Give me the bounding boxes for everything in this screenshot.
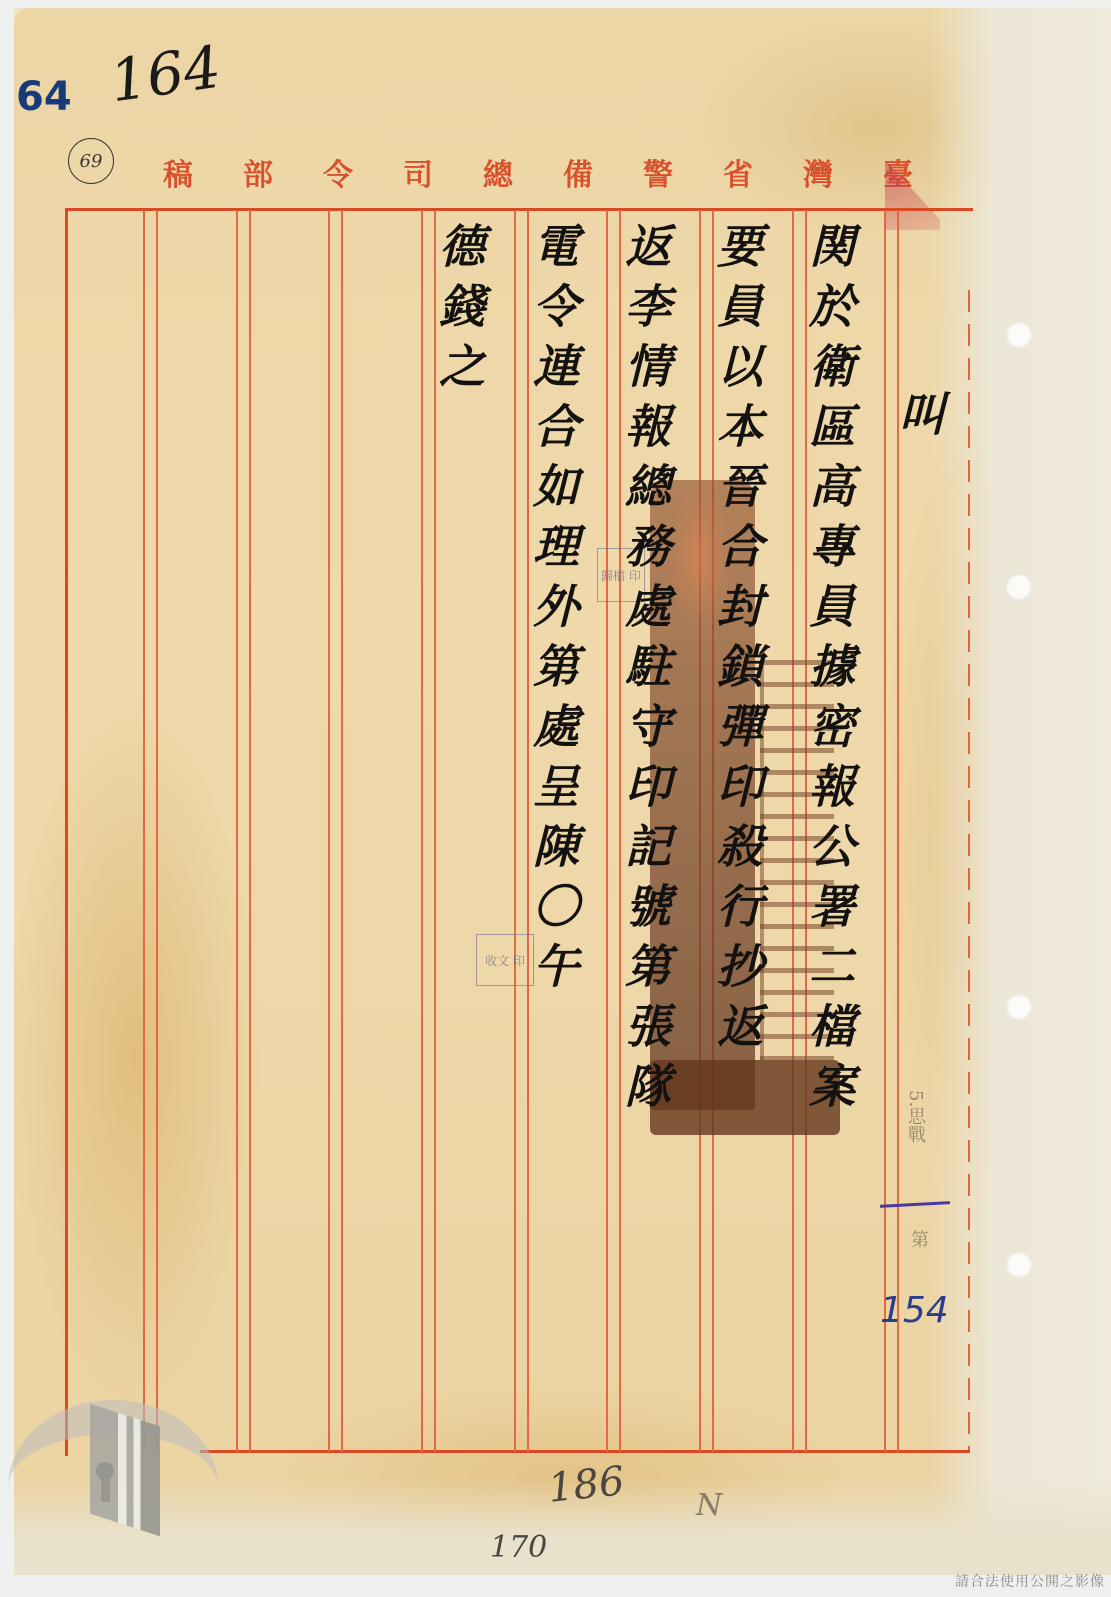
column-rule — [328, 210, 330, 1452]
column-rule — [606, 210, 608, 1452]
pencil-number: 170 — [490, 1530, 547, 1565]
frame-right-line — [968, 290, 970, 1450]
binding-hole — [1006, 994, 1032, 1020]
header-char: 部 — [238, 150, 278, 192]
handwritten-column: 返李情報總務處駐守印記號第張隊 — [622, 222, 668, 1122]
handwritten-column: 関於衛區高專員據密報公署二檔案 — [806, 222, 852, 1122]
column-rule — [341, 210, 343, 1452]
header-char: 令 — [318, 150, 358, 192]
header-char: 警 — [638, 150, 678, 192]
column-rule — [421, 210, 423, 1452]
binding-hole — [1006, 1252, 1032, 1278]
header-char: 司 — [398, 150, 438, 192]
watermark-text: 請合法使用公開之影像 — [955, 1571, 1105, 1591]
binding-hole — [1006, 322, 1032, 348]
column-rule — [156, 210, 158, 1452]
header-char: 總 — [478, 150, 518, 192]
column-rule — [884, 210, 886, 1452]
faint-pencil-note: 第 — [905, 1230, 931, 1248]
column-rule — [236, 210, 238, 1452]
handwritten-column: 德錢之 — [436, 222, 482, 402]
column-rule — [249, 210, 251, 1452]
faint-pencil-note: 5.思戰 — [902, 1090, 928, 1143]
header-char: 省 — [718, 150, 758, 192]
form-header-title: 臺 灣 省 警 備 總 司 令 部 稿 — [158, 150, 918, 192]
column-rule — [143, 210, 145, 1452]
binding-hole — [1006, 574, 1032, 600]
header-char: 稿 — [158, 150, 198, 192]
archive-number-circled: 69 — [68, 138, 114, 184]
frame-bottom-line — [200, 1450, 970, 1453]
keyhole-icon-stem — [101, 1474, 110, 1502]
handwritten-column: 電令連合如理外第處呈陳〇午 — [530, 222, 576, 1002]
pencil-mark: N — [696, 1488, 722, 1523]
header-char: 備 — [558, 150, 598, 192]
column-rule — [514, 210, 516, 1452]
handwritten-column: 要員以本晉合封鎖彈印殺行抄返 — [714, 222, 760, 1062]
archive-number-blue: 64 — [16, 74, 72, 120]
header-char: 灣 — [798, 150, 838, 192]
handwritten-column: 叫 — [896, 390, 942, 450]
pencil-number: 186 — [546, 1458, 627, 1512]
page-number-blue: 154 — [880, 1290, 949, 1331]
